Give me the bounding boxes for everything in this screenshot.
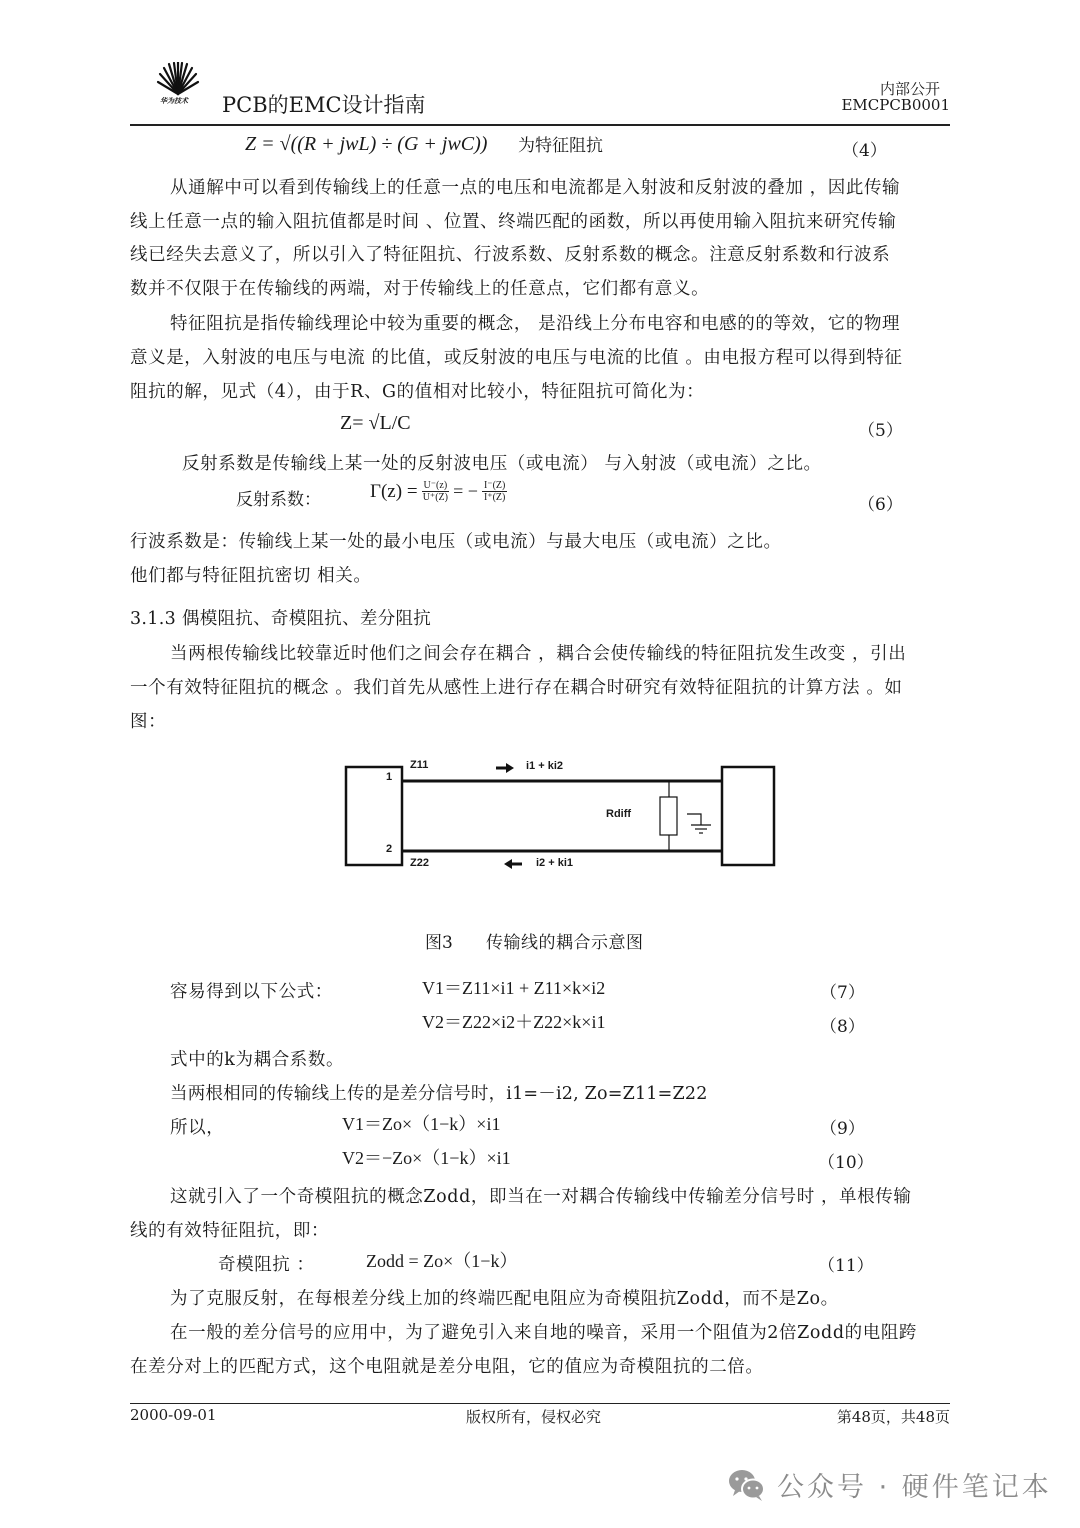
equation-6-mid: = − (453, 481, 478, 502)
paragraph-line: 特征阻抗是指传输线理论中较为重要的概念， 是沿线上分布电容和电感的的等效，它的物… (170, 310, 900, 335)
paragraph-line: 一个有效特征阻抗的概念 。我们首先从感性上进行存在耦合时研究有效特征阻抗的计算方… (130, 674, 903, 699)
paragraph-line: 线上任意一点的输入阻抗值都是时间 、位置、终端匹配的函数，所以再使用输入阻抗来研… (130, 208, 896, 233)
wechat-icon (727, 1468, 767, 1502)
numerator: U⁻(z) (422, 480, 450, 492)
equation-5: Z= √L/C (340, 412, 411, 435)
paragraph-line: 式中的k为耦合系数。 (170, 1046, 344, 1071)
equation-6-lhs: Γ(z) = (370, 481, 418, 503)
document-id: EMCPCB0001 (841, 96, 950, 114)
equation-11-label: 奇模阻抗 ： (218, 1251, 315, 1276)
footer-date: 2000-09-01 (130, 1406, 216, 1424)
equation-7-label: 容易得到以下公式： (170, 978, 333, 1003)
paragraph-line: 在一般的差分信号的应用中，为了避免引入来自地的噪音，采用一个阻值为2倍Zodd的… (170, 1319, 917, 1344)
numerator: I⁻(Z) (482, 480, 507, 492)
equation-4-number: （4） (842, 136, 887, 161)
z11-label: Z11 (410, 759, 428, 771)
equation-8: V2＝Z22×i2＋Z22×k×i1 (422, 1012, 605, 1032)
paragraph-line: 这就引入了一个奇模阻抗的概念Zodd，即当在一对耦合传输线中传输差分信号时 ，单… (170, 1183, 911, 1208)
paragraph-line: 他们都与特征阻抗密切 相关。 (130, 562, 371, 587)
equation-11-number: （11） (818, 1251, 874, 1276)
current-bottom-label: i2 + ki1 (536, 857, 573, 869)
paragraph-line: 当两根相同的传输线上传的是差分信号时，i1=－i2, Zo=Z11=Z22 (170, 1080, 708, 1105)
equation-6: Γ(z) = U⁻(z) U⁺(Z) = − I⁻(Z) I⁺(Z) (370, 480, 507, 503)
figure-caption-text: 传输线的耦合示意图 (486, 933, 644, 953)
equation-5-number: （5） (858, 416, 903, 441)
pin-1-label: 1 (386, 771, 392, 783)
coupling-diagram: 1 2 Z11 Z22 i1 + ki2 i2 + ki1 Rdiff (340, 755, 780, 875)
fraction: I⁻(Z) I⁺(Z) (482, 480, 507, 503)
paragraph-line: 线已经失去意义了，所以引入了特征阻抗、行波系数、反射系数的概念。注意反射系数和行… (130, 241, 890, 266)
paragraph-line: 线的有效特征阻抗，即： (130, 1217, 329, 1242)
equation-11: Zodd = Zo×（1−k） (366, 1251, 517, 1271)
fraction: U⁻(z) U⁺(Z) (422, 480, 450, 503)
paragraph-line: 在差分对上的匹配方式，这个电阻就是差分电阻，它的值应为奇模阻抗的二倍。 (130, 1353, 764, 1378)
equation-6-number: （6） (858, 490, 903, 515)
paragraph-line: 意义是，入射波的电压与电流 的比值，或反射波的电压与电流的比值 。由电报方程可以… (130, 344, 903, 369)
equation-9-label: 所以， (170, 1114, 224, 1139)
paragraph-line: 从通解中可以看到传输线上的任意一点的电压和电流都是入射波和反射波的叠加 ，因此传… (170, 174, 900, 199)
watermark: 公众号 · 硬件笔记本 (727, 1465, 1052, 1504)
equation-7-number: （7） (820, 978, 865, 1003)
equation-8-number: （8） (820, 1012, 865, 1037)
z22-label: Z22 (410, 857, 429, 869)
denominator: U⁺(Z) (423, 492, 448, 503)
equation-9: V1＝Zo×（1−k）×i1 (342, 1114, 500, 1134)
paragraph-line: 反射系数是传输线上某一处的反射波电压（或电流） 与入射波（或电流）之比。 (182, 450, 822, 475)
equation-9-number: （9） (820, 1114, 865, 1139)
paragraph-line: 阻抗的解，见式（4），由于R、G的值相对比较小，特征阻抗可简化为： (130, 378, 704, 403)
paragraph-line: 为了克服反射，在每根差分线上加的终端匹配电阻应为奇模阻抗Zodd，而不是Zo。 (170, 1285, 839, 1310)
equation-6-label: 反射系数： (236, 490, 321, 510)
section-heading: 3.1.3 偶模阻抗、奇模阻抗、差分阻抗 (130, 605, 431, 630)
footer-rule (130, 1403, 950, 1404)
rdiff-label: Rdiff (606, 808, 631, 820)
header-rule (130, 124, 950, 126)
current-top-label: i1 + ki2 (526, 760, 563, 772)
document-title: PCB的EMC设计指南 (222, 89, 426, 119)
equation-4-desc: 为特征阻抗 (518, 136, 603, 156)
arrow-right-icon (496, 763, 514, 773)
logo-caption: 华为技术 (160, 96, 188, 106)
arrow-left-icon (504, 859, 522, 869)
equation-4: Z = √((R + jwL) ÷ (G + jwC)) (245, 133, 487, 156)
equation-10-number: （10） (818, 1148, 874, 1173)
paragraph-line: 数并不仅限于在传输线的两端，对于传输线上的任意点，它们都有意义。 (130, 275, 709, 300)
paragraph-line: 当两根传输线比较靠近时他们之间会存在耦合 ，耦合会使传输线的特征阻抗发生改变 ，… (170, 640, 906, 665)
footer-page-number: 第48页，共48页 (837, 1406, 950, 1427)
footer-copyright: 版权所有，侵权必究 (466, 1406, 601, 1427)
watermark-text: 公众号 · 硬件笔记本 (777, 1465, 1052, 1504)
equation-10: V2＝−Zo×（1−k）×i1 (342, 1148, 511, 1168)
paragraph-line: 行波系数是：传输线上某一处的最小电压（或电流）与最大电压（或电流）之比。 (130, 528, 782, 553)
equation-7: V1＝Z11×i1 + Z11×k×i2 (422, 978, 605, 998)
denominator: I⁺(Z) (484, 492, 505, 503)
paragraph-line: 图： (130, 708, 166, 733)
figure-caption-number: 图3 (425, 933, 453, 953)
pin-2-label: 2 (386, 843, 392, 855)
